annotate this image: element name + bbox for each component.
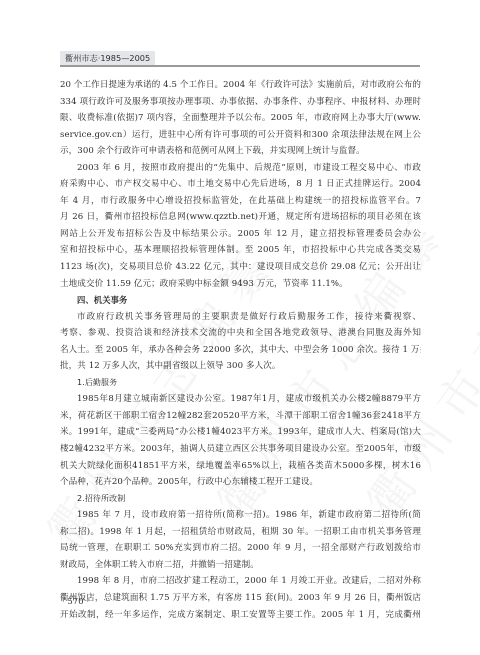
text-line: 米，荷花新区干部职工宿舍12幢282套20520平方米，斗潭干部职工宿舍1幢36… <box>60 408 421 425</box>
text-line: 年 4 月，市行政服务中心增设招投标监管处，在此基础上构建统一的招投标监管平台。… <box>60 193 421 210</box>
text-line: 局统一管理，在职职工 50%充实到市府二招。2000 年 9 月，一招全部财产行… <box>60 540 421 557</box>
page-number: · 570 · <box>62 597 89 607</box>
text-line: 府采购中心、市产权交易中心、市土地交易中心先后进场，8 月 1 日正式挂牌运行。… <box>60 176 421 193</box>
text-line: 个品种，花卉20个品种。2005年，行政中心东辅楼工程开工建设。 <box>60 474 421 491</box>
header-divider <box>60 65 420 67</box>
text-line: service.gov.cn）运行，进驻中心所有许可事项的可公开资料和300 余… <box>60 127 421 144</box>
text-line: 米。1991年，建成“三委两局”办公楼1幢4023平方米。1993年，建成市人大… <box>60 424 421 441</box>
text-line: 限、收费标准(依据)7 项内容，全面整理并予以公布。2005 年，市政府网上办事… <box>60 110 421 127</box>
running-header: 衢州市志·1985—2005 <box>60 51 155 65</box>
text-line: 20 个工作日提速为承诺的 4.5 个工作日。2004 年《行政许可法》实施前后… <box>60 77 421 94</box>
text-line: 衢州饭店，总建筑面积 1.75 万平方米，有客房 115 套(间)。2003 年… <box>60 590 421 607</box>
subsection-heading: 1.后勤服务 <box>60 375 421 392</box>
text-line: 机关大院绿化面积41851平方米，绿地覆盖率65%以上，栽植各类苗木5000多棵… <box>60 458 421 475</box>
text-line: 月 26 日，衢州市招投标信息网(www.qzztb.net)开通，规定所有进场… <box>60 209 421 226</box>
text-line: 示，300 余个行政许可申请表格和范例可从网上下载，并实现网上统计与监督。 <box>60 143 421 160</box>
text-line: 1123 场(次)，交易项目总价 43.22 亿元，其中：建设项目成交总价 29… <box>60 259 421 276</box>
body-text: 20 个工作日提速为承诺的 4.5 个工作日。2004 年《行政许可法》实施前后… <box>60 77 421 623</box>
text-line: 开始改制，经一年多运作，完成方案制定、职工安置等主要工作。2005 年 1 月，… <box>60 607 421 624</box>
text-line: 网站上公开发布招标公告及中标结果公示。2005 年 12 月，建立招投标管理委员… <box>60 226 421 243</box>
paragraph-start: 1985年8月建立城南新区建设办公室。1987年1月，建成市级机关办公楼2幢88… <box>60 391 421 408</box>
paragraph-start: 市政府行政机关事务管理局的主要职责是做好行政后勤服务工作，接待来衢视察、 <box>60 309 421 326</box>
text-line: 室和招投标中心，基本理顺招投标管理体制。至 2005 年，市招投标中心共完成各类… <box>60 242 421 259</box>
text-line: 土地成交价 11.59 亿元；政府采购中标金额 9493 万元，节资率 11.1… <box>60 276 421 293</box>
paragraph-start: 1985 年 7 月，设市政府第一招待所(简称一招)。1986 年，新建市政府第… <box>60 507 421 524</box>
document-page: 衢州市志编纂 衢州市志编纂 衢州市志编纂 衢州市志·1985—2005 20 个… <box>0 0 480 655</box>
text-line: 财政局，全体职工转入市府二招，并撤销一招建制。 <box>60 557 421 574</box>
text-line: 称二招)。1998 年 1 月起，一招租赁给市财政局，租期 30 年。一招职工由… <box>60 524 421 541</box>
text-line: 批，共 12 万多人次，其中副省级以上领导 300 多人次。 <box>60 358 421 375</box>
text-line: 名人士。至 2005 年，承办各种会务 22000 多次，其中大、中型会务 10… <box>60 342 421 359</box>
subsection-heading: 2.招待所改制 <box>60 491 421 508</box>
paragraph-start: 1998 年 8 月，市府二招改扩建工程动工，2000 年 1 月竣工开业。改建… <box>60 573 421 590</box>
text-line: 334 项行政许可及服务事项按办理事项、办事依据、办事条件、办事程序、申报材料、… <box>60 94 421 111</box>
text-line: 考察、参观、投资洽谈和经济技术交流的中央和全国各地党政领导、港澳台同胞及海外知 <box>60 325 421 342</box>
text-line: 楼2幢4232平方米。2003年，抽调人员建立西区公共事务项目建设办公室。至20… <box>60 441 421 458</box>
section-heading: 四、机关事务 <box>60 292 421 309</box>
paragraph-start: 2003 年 6 月，按照市政府提出的“先集中、后规范”原则，市建设工程交易中心… <box>60 160 421 177</box>
